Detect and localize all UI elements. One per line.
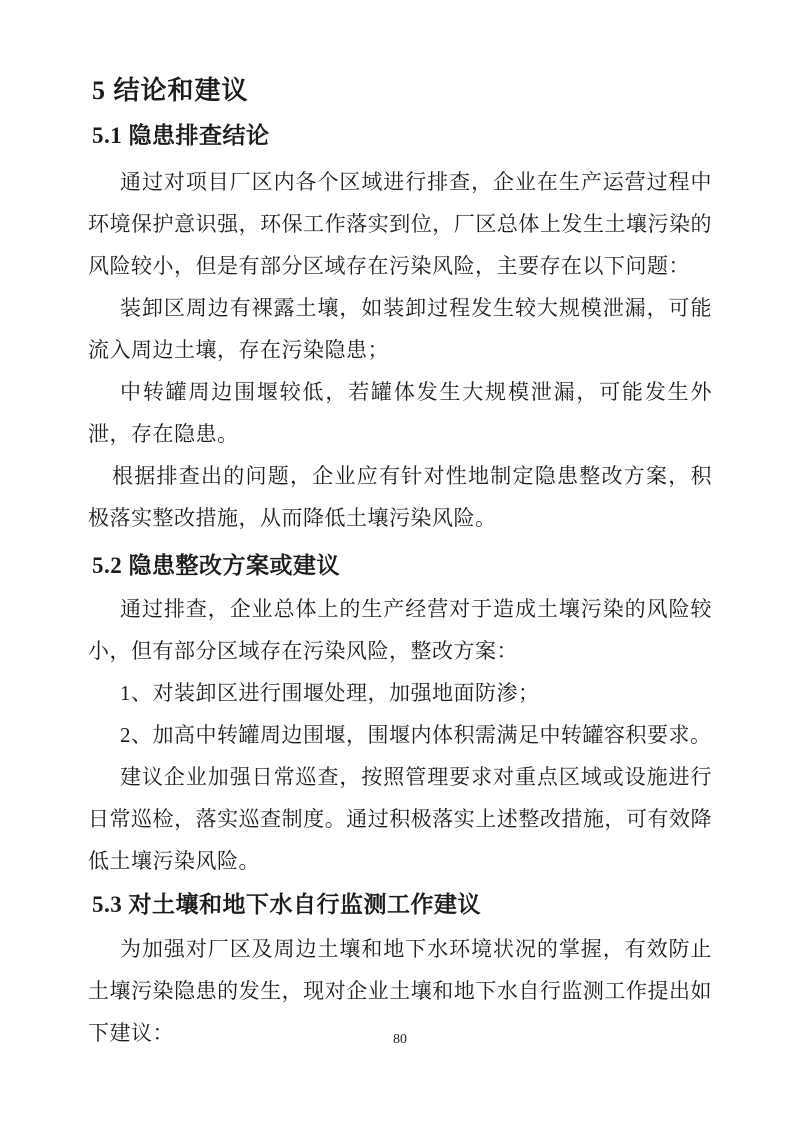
chapter-heading: 5 结论和建议 bbox=[92, 78, 712, 104]
list-item-2: 2、加高中转罐周边围堰，围堰内体积需满足中转罐容积要求。 bbox=[88, 714, 712, 756]
paragraph: 通过对项目厂区内各个区域进行排查，企业在生产运营过程中环境保护意识强，环保工作落… bbox=[88, 161, 712, 287]
paragraph: 装卸区周边有裸露土壤，如装卸过程发生较大规模泄漏，可能流入周边土壤，存在污染隐患… bbox=[88, 287, 712, 371]
section-heading-5-3: 5.3 对土壤和地下水自行监测工作建议 bbox=[92, 893, 712, 916]
list-item-1: 1、对装卸区进行围堰处理，加强地面防渗； bbox=[88, 672, 712, 714]
section-heading-5-1: 5.1 隐患排查结论 bbox=[92, 124, 712, 147]
page-number: 80 bbox=[0, 1032, 800, 1048]
paragraph: 建议企业加强日常巡查，按照管理要求对重点区域或设施进行日常巡检，落实巡查制度。通… bbox=[88, 756, 712, 882]
document-page: 5 结论和建议 5.1 隐患排查结论 通过对项目厂区内各个区域进行排查，企业在生… bbox=[0, 0, 800, 1131]
paragraph: 中转罐周边围堰较低，若罐体发生大规模泄漏，可能发生外泄，存在隐患。 bbox=[88, 371, 712, 455]
paragraph: 根据排查出的问题，企业应有针对性地制定隐患整改方案，积极落实整改措施，从而降低土… bbox=[88, 455, 712, 539]
section-heading-5-2: 5.2 隐患整改方案或建议 bbox=[92, 554, 712, 577]
page-content: 5 结论和建议 5.1 隐患排查结论 通过对项目厂区内各个区域进行排查，企业在生… bbox=[88, 0, 712, 1054]
paragraph: 通过排查，企业总体上的生产经营对于造成土壤污染的风险较小，但有部分区域存在污染风… bbox=[88, 588, 712, 672]
